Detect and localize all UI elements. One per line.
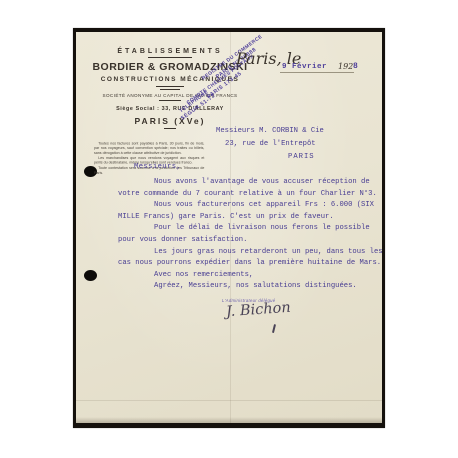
recipient-street: 23, rue de l'Entrepôt [225,140,316,148]
letter-body-line: Pour le délai de livraison nous ferons l… [118,224,382,236]
letter-body-line: Agréez, Messieurs, nos salutations disti… [118,282,382,294]
letter-body-line: Nous vous facturerons cet appareil Frs :… [118,201,382,213]
letter-body-line: votre commande du 7 courant relative à u… [118,190,382,202]
letter-body: Messieurs, Nous avons l'avantage de vous… [118,163,382,294]
signature-flourish [272,324,276,333]
salutation: Messieurs, [118,163,382,178]
page-background: ÉTABLISSEMENTS BORDIER & GROMADZINSKI CO… [0,0,458,458]
letter-body-line: Les jours gras nous retarderont un peu, … [118,248,382,260]
letterhead-rule [164,128,176,129]
company-address: Siège Social : 33, RUE D'ALLERAY [90,106,250,112]
letterhead-rule [148,57,192,58]
letter-body-line: pour vous donner satisfaction. [118,236,382,248]
company-capital: SOCIÉTÉ ANONYME AU CAPITAL DE 640.000 FR… [90,93,250,98]
dateline-typed-date: 9 Février [282,63,327,71]
dateline-underline [280,72,354,73]
paper-edge-shadow [76,417,382,423]
dateline-typed-year-digit: 8 [353,62,358,71]
company-city: PARIS (XVe) [90,116,250,126]
letter-body-line: Avec nos remerciements, [118,271,382,283]
letter-body-line: cas nous pourrons expédier dans la premi… [118,259,382,271]
punch-hole-bottom [84,270,97,281]
letterhead-rule [159,100,181,101]
letter-photo: ÉTABLISSEMENTS BORDIER & GROMADZINSKI CO… [73,28,385,428]
letter-body-lines: Nous avons l'avantage de vous accuser ré… [118,178,382,294]
recipient-city: PARIS [288,153,315,161]
letterhead-rule [156,86,184,87]
conditions-paragraph: Toutes nos factures sont payables à Pari… [94,142,204,156]
letter-body-line: MILLE Francs) gare Paris. C'est un prix … [118,213,382,225]
dateline-printed-year: 192 [338,62,353,71]
recipient-name: Messieurs M. CORBIN & Cie [216,127,324,135]
letter-paper: ÉTABLISSEMENTS BORDIER & GROMADZINSKI CO… [76,32,382,423]
paper-crease-horizontal [76,400,382,401]
letterhead-rule [160,89,180,90]
handwritten-signature: J. Bichon [226,300,292,320]
letterhead-etablissements: ÉTABLISSEMENTS [90,48,250,55]
letter-body-line: Nous avons l'avantage de vous accuser ré… [118,178,382,190]
